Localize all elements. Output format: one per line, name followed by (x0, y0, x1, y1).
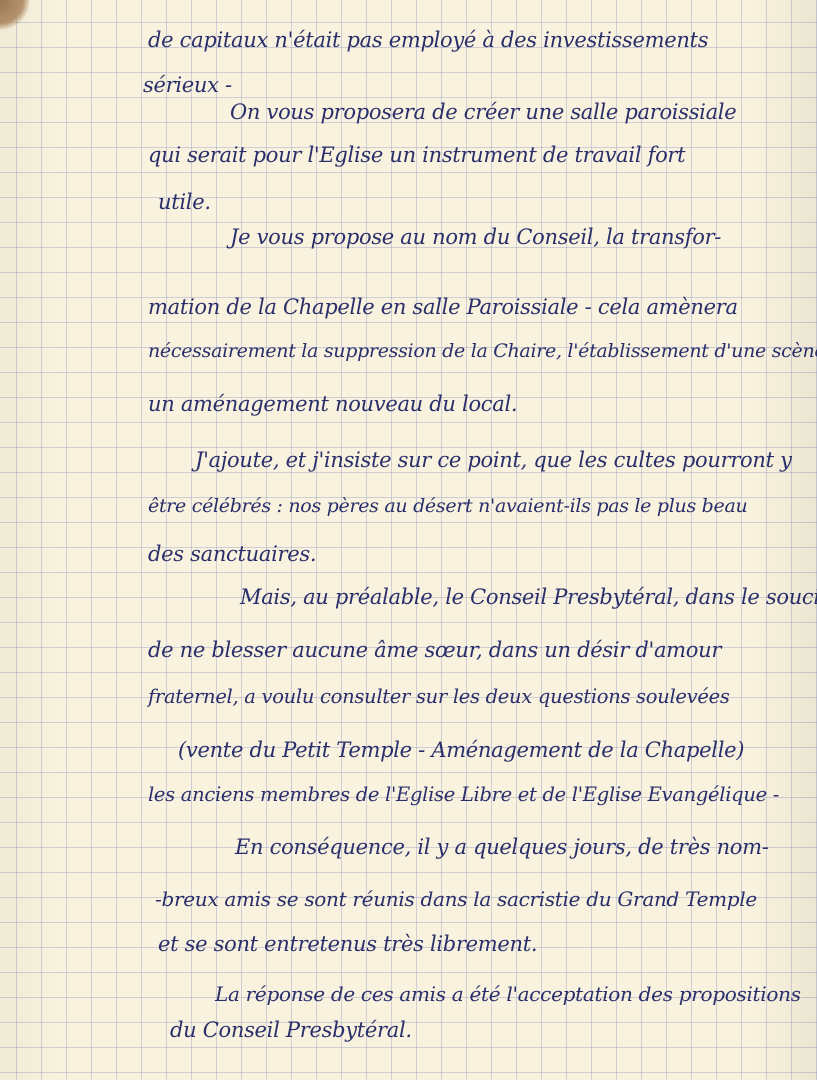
text-line: Mais, au préalable, le Conseil Presbytér… (240, 585, 817, 609)
text-line: sérieux - (143, 73, 232, 97)
text-line: En conséquence, il y a quelques jours, d… (235, 835, 769, 859)
text-line: La réponse de ces amis a été l'acceptati… (215, 982, 801, 1006)
text-line: nécessairement la suppression de la Chai… (148, 340, 817, 362)
text-line: de capitaux n'était pas employé à des in… (148, 28, 708, 52)
text-line: et se sont entretenus très librement. (158, 932, 537, 956)
text-line: J'ajoute, et j'insiste sur ce point, que… (195, 448, 792, 472)
text-line: un aménagement nouveau du local. (148, 392, 517, 416)
text-line: (vente du Petit Temple - Aménagement de … (178, 738, 744, 762)
text-line: utile. (158, 190, 211, 214)
text-line: Je vous propose au nom du Conseil, la tr… (230, 225, 721, 249)
text-line: du Conseil Presbytéral. (170, 1018, 412, 1042)
text-line: fraternel, a voulu consulter sur les deu… (148, 685, 730, 708)
text-line: mation de la Chapelle en salle Paroissia… (148, 295, 738, 319)
text-line: -breux amis se sont réunis dans la sacri… (155, 887, 757, 911)
text-line: des sanctuaires. (148, 542, 316, 566)
text-line: On vous proposera de créer une salle par… (230, 100, 736, 124)
text-line: les anciens membres de l'Eglise Libre et… (148, 783, 779, 806)
text-line: être célébrés : nos pères au désert n'av… (148, 495, 747, 517)
text-line: de ne blesser aucune âme sœur, dans un d… (148, 638, 721, 662)
text-line: qui serait pour l'Eglise un instrument d… (148, 143, 685, 167)
manuscript-page: de capitaux n'était pas employé à des in… (0, 0, 817, 1080)
